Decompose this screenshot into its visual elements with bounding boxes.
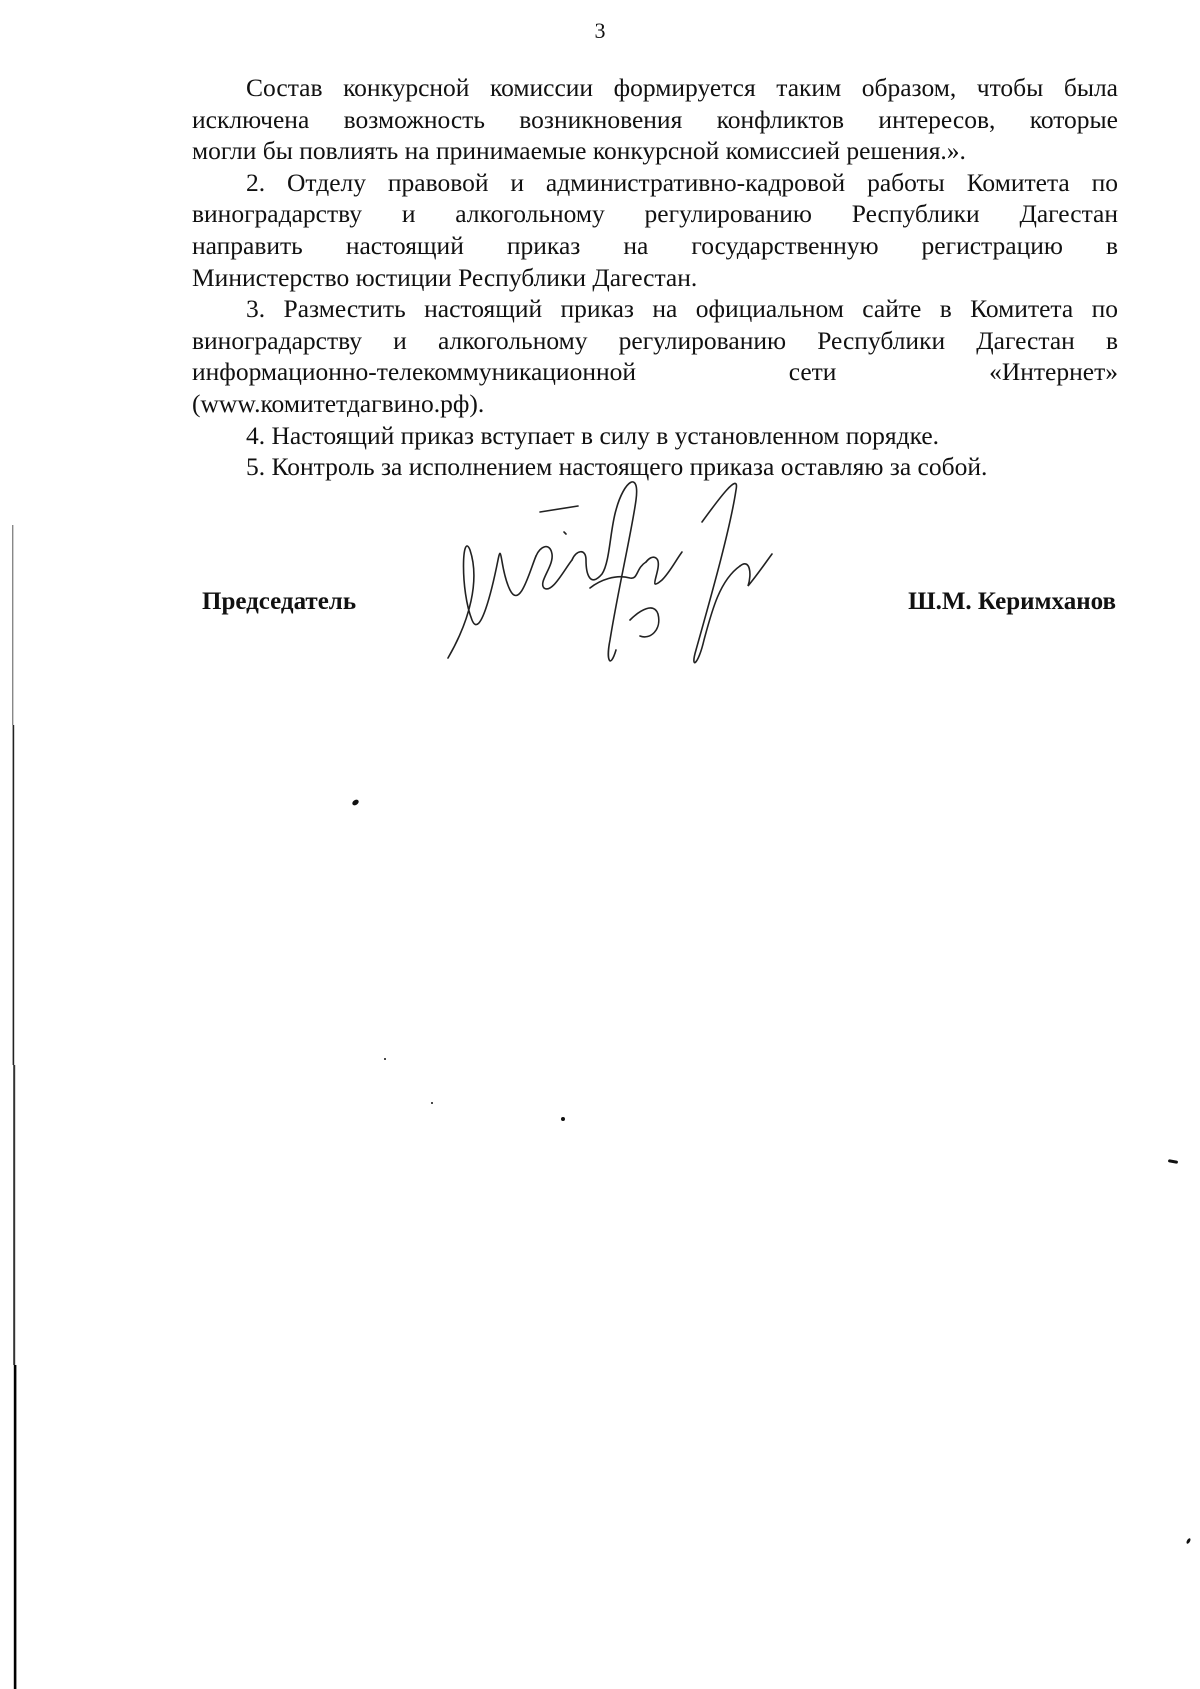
page-number: 3 [0,18,1200,44]
scan-speck [1186,1538,1192,1545]
text-line: могли бы повлиять на принимаемые конкурс… [192,135,1118,167]
text-line: Состав конкурсной комиссии формируется т… [192,72,1118,104]
text-line: виноградарству и алкогольному регулирова… [192,198,1118,230]
text-line: исключена возможность возникновения конф… [192,104,1118,136]
text-line: Министерство юстиции Республики Дагестан… [192,262,1118,294]
scan-speck [431,1102,433,1104]
scan-speck [351,798,360,806]
signatory-name: Ш.М. Керимханов [908,588,1116,616]
scan-edge-line [12,525,18,1689]
paragraph-item-3: 3. Разместить настоящий приказ на официа… [192,293,1118,419]
paragraph-commission-composition: Состав конкурсной комиссии формируется т… [192,72,1118,167]
signatory-title: Председатель [202,588,356,616]
text-line: информационно-телекоммуникационной сети … [192,356,1118,388]
website-link-text: (www.комитетдагвино.рф). [192,388,1118,420]
scan-speck [1168,1159,1178,1164]
document-body: Состав конкурсной комиссии формируется т… [192,72,1118,483]
scan-speck [384,1058,386,1060]
text-line: 2. Отделу правовой и административно-кад… [192,167,1118,199]
scan-speck [561,1117,565,1121]
paragraph-item-2: 2. Отделу правовой и административно-кад… [192,167,1118,293]
text-line: 4. Настоящий приказ вступает в силу в ус… [192,420,1118,452]
text-line: направить настоящий приказ на государств… [192,230,1118,262]
paragraph-item-4: 4. Настоящий приказ вступает в силу в ус… [192,420,1118,452]
text-line: виноградарству и алкогольному регулирова… [192,325,1118,357]
signature-block: Председатель Ш.М. Керимханов [202,588,1116,628]
text-line: 3. Разместить настоящий приказ на официа… [192,293,1118,325]
